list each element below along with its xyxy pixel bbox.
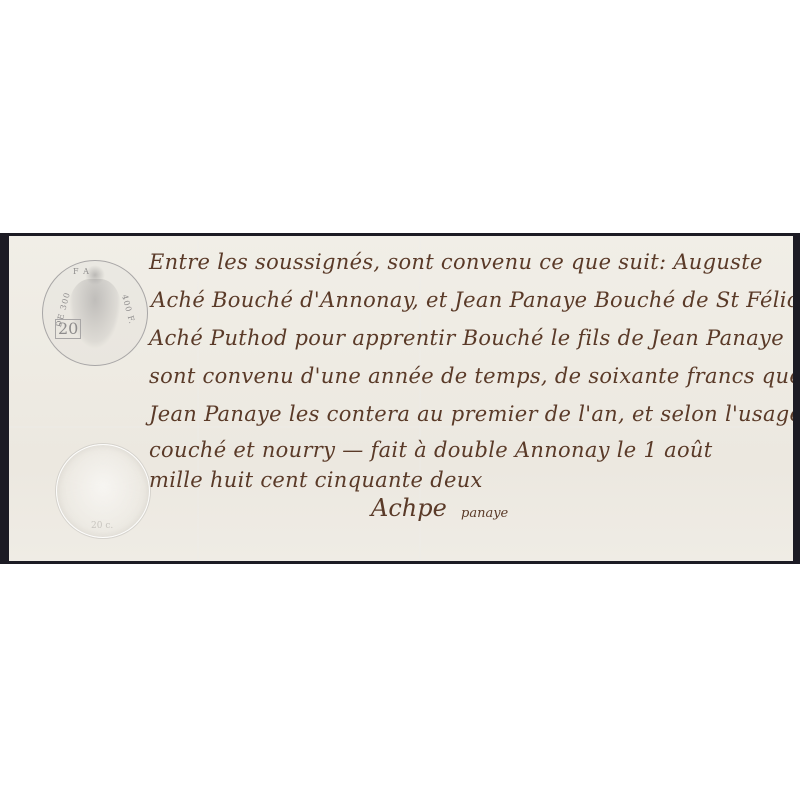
stamp-rim-right: 400 F. xyxy=(120,294,137,326)
handwritten-line-1: Entre les soussignés, sont convenu ce qu… xyxy=(149,250,763,274)
tax-stamp-icon: F A DE 300 400 F. 20 xyxy=(42,260,148,366)
paper-fold-line xyxy=(197,236,199,561)
embossed-stamp-value: 20 c. xyxy=(91,521,113,531)
stamp-value: 20 xyxy=(55,319,81,339)
paper-fold-line xyxy=(9,426,793,428)
handwritten-line-4: sont convenu d'une année de temps, de so… xyxy=(149,364,793,388)
signature-name: panaye xyxy=(461,506,508,521)
handwritten-line-7: mille huit cent cinquante deux xyxy=(149,468,483,492)
handwritten-line-5: Jean Panaye les contera au premier de l'… xyxy=(149,402,793,426)
embossed-stamp-icon: 20 c. xyxy=(56,444,150,538)
handwritten-line-6: couché et nourry — fait à double Annonay… xyxy=(149,438,712,462)
signature-mark: Achpe xyxy=(371,494,447,522)
stamp-top-letters: F A xyxy=(73,267,90,276)
handwritten-line-2: Aché Bouché d'Annonay, et Jean Panaye Bo… xyxy=(151,288,793,312)
handwritten-line-3: Aché Puthod pour apprentir Bouché le fil… xyxy=(149,326,784,350)
document-paper: F A DE 300 400 F. 20 20 c. Entre les sou… xyxy=(9,236,793,561)
